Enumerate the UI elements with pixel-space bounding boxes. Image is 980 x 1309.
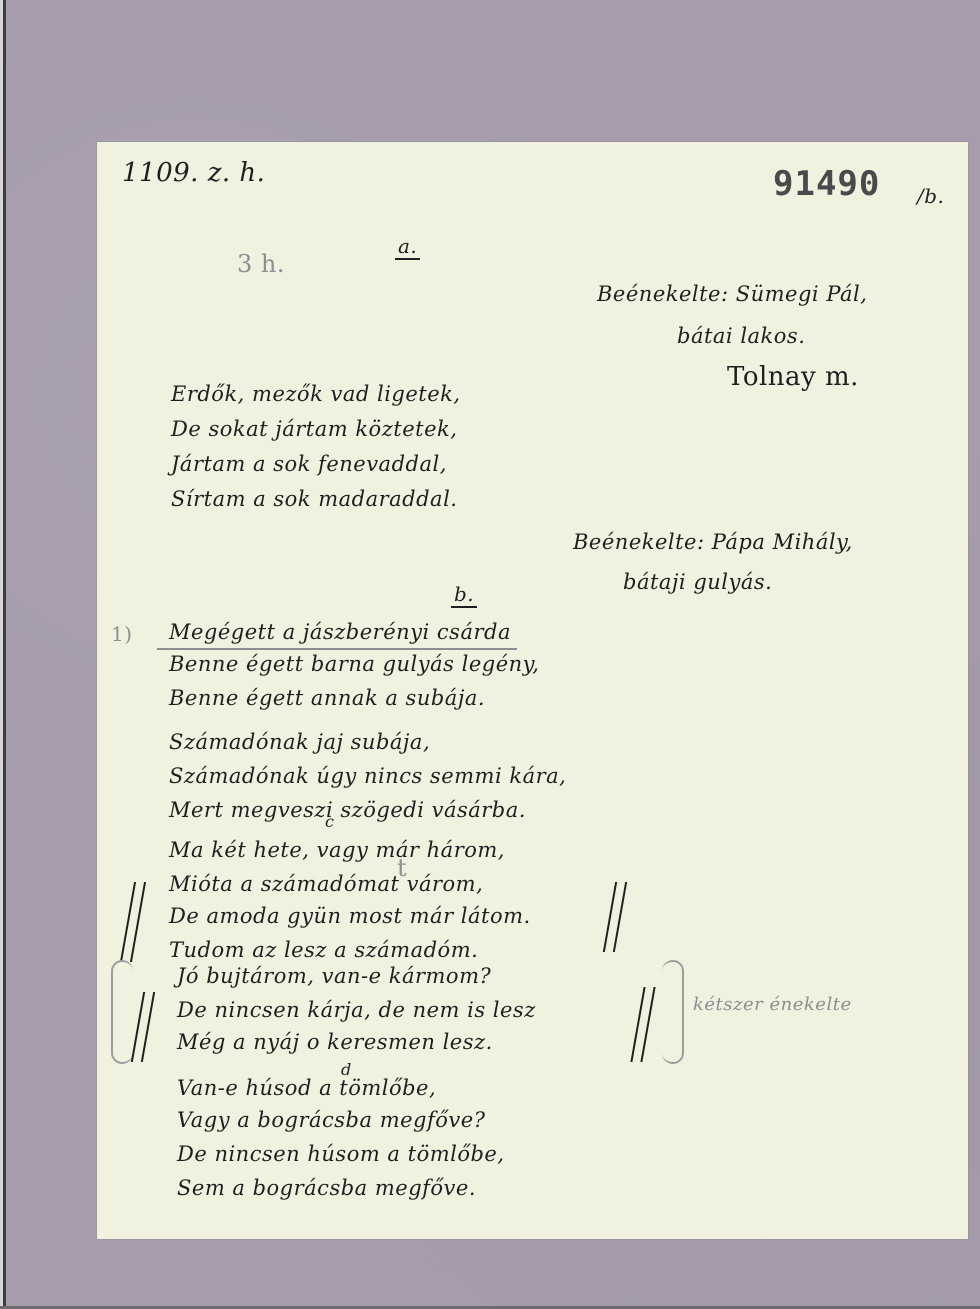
pencil-note: 3 h. <box>237 250 285 278</box>
poem-b-line: Mióta a számadómat várom, <box>169 872 483 896</box>
poem-a-line: Sírtam a sok madaraddal. <box>171 487 457 511</box>
poem-b-line: Számadónak úgy nincs semmi kára, <box>169 764 566 788</box>
poem-b-line: Benne égett barna gulyás legény, <box>169 652 539 676</box>
poem-a-line: De sokat jártam köztetek, <box>171 417 457 441</box>
poem-b-line: Megégett a jászberényi csárda <box>169 620 511 644</box>
poem-b-line: Van-e húsod a tömlőbe, <box>177 1076 436 1100</box>
poem-b-line: Ma két hete, vagy már három, <box>169 838 505 862</box>
poem-b-line: Mert megveszi szögedi vásárba. <box>169 798 526 822</box>
section-a-contributor-residence: bátai lakos. <box>677 324 805 348</box>
stamp-suffix: /b. <box>917 184 944 208</box>
section-a-contributor: Beénekelte: Sümegi Pál, <box>597 282 867 306</box>
pencil-brace-left <box>111 960 133 1064</box>
margin-note: kétszer énekelte <box>693 994 852 1015</box>
poem-b-line: Számadónak jaj subája, <box>169 730 430 754</box>
poem-b-line: De nincsen húsom a tömlőbe, <box>177 1142 505 1166</box>
poem-a-line: Erdők, mezők vad ligetek, <box>171 382 461 406</box>
poem-b-line: Még a nyáj o keresmen lesz. <box>177 1030 493 1054</box>
poem-a-line: Jártam a sok fenevaddal, <box>171 452 447 476</box>
section-b-contributor-residence: bátaji gulyás. <box>623 570 772 594</box>
poem-b-line: De amoda gyün most már látom. <box>169 904 531 928</box>
section-b-contributor: Beénekelte: Pápa Mihály, <box>573 530 853 554</box>
stanza-number-marker: 1) <box>111 622 133 646</box>
poem-b-line: Tudom az lesz a számadóm. <box>169 938 478 962</box>
pencil-brace-right <box>662 960 684 1064</box>
manuscript-page: 1109. z. h. 3 h. 91490 /b. a. Beénekelte… <box>97 142 968 1239</box>
catalog-number: 1109. z. h. <box>122 158 265 188</box>
poem-b-line: Sem a bográcsba megfőve. <box>177 1176 476 1200</box>
correction-t: t <box>397 854 407 882</box>
section-b-label: b. <box>451 582 477 608</box>
pencil-underline <box>157 648 517 650</box>
poem-b-line: Vagy a bográcsba megfőve? <box>177 1108 485 1132</box>
poem-b-line: De nincsen kárja, de nem is lesz <box>177 998 536 1022</box>
poem-b-line: Jó bujtárom, van-e kármom? <box>177 964 491 988</box>
board-edge-line <box>3 0 6 1309</box>
archive-stamp-number: 91490 <box>773 164 880 204</box>
section-a-label: a. <box>395 234 420 260</box>
collector-signature: Tolnay m. <box>727 362 859 392</box>
poem-b-line: Benne égett annak a subája. <box>169 686 485 710</box>
correction-c: c <box>325 812 334 831</box>
